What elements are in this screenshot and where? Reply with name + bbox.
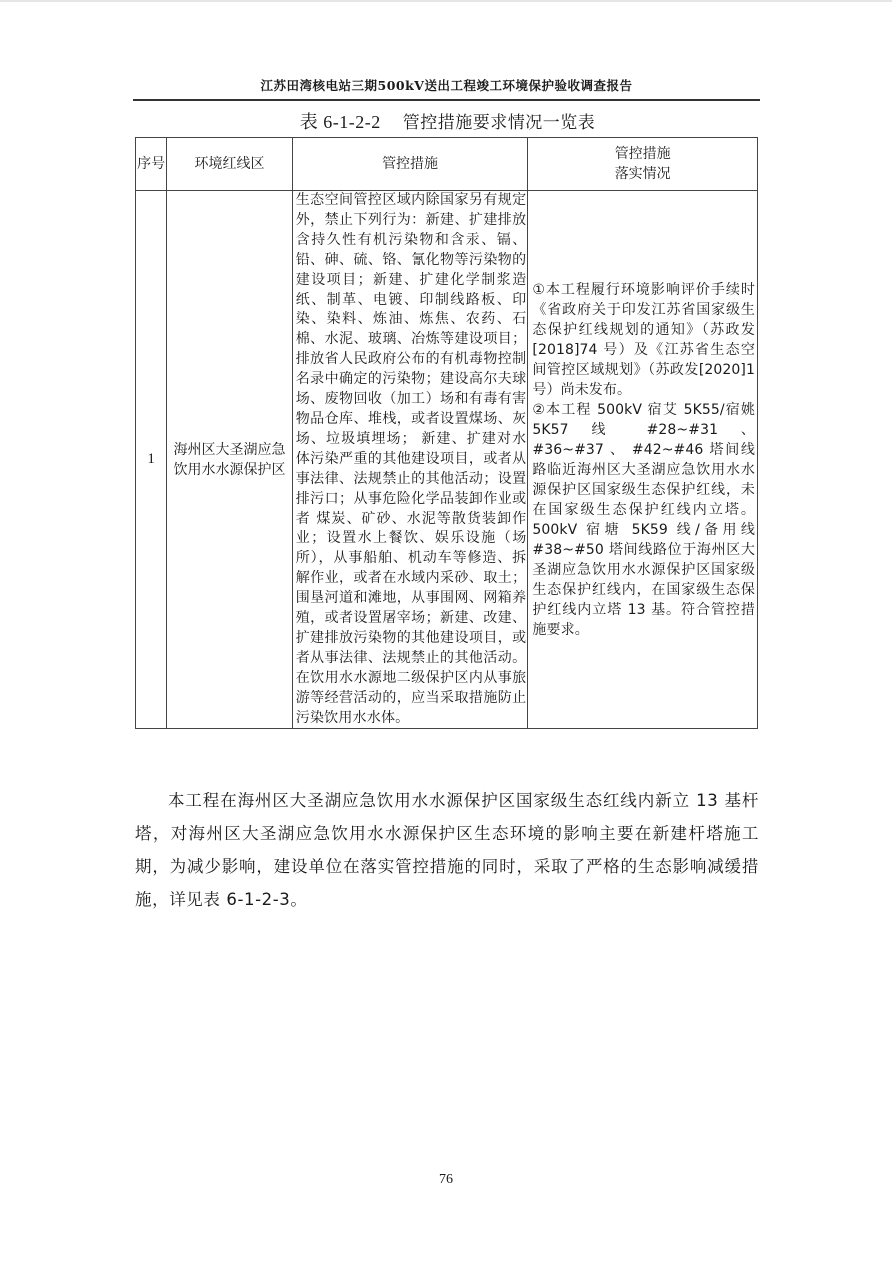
header-divider: [133, 99, 760, 101]
table-title: 管控措施要求情况一览表: [403, 113, 596, 133]
cell-zone: 海州区大圣湖应急饮用水水源保护区: [167, 191, 292, 729]
control-measures-table: 序号 环境红线区 管控措施 管控措施 落实情况 1 海州区大圣湖应急饮用水水源保…: [135, 137, 758, 729]
column-header-status: 管控措施 落实情况: [528, 138, 758, 191]
table-caption: 表 6-1-2-2管控措施要求情况一览表: [133, 108, 760, 134]
column-header-status-line2: 落实情况: [528, 164, 757, 184]
column-header-zone: 环境红线区: [167, 138, 292, 191]
running-header: 江苏田湾核电站三期500kV送出工程竣工环境保护验收调查报告: [133, 76, 760, 94]
table-header-row: 序号 环境红线区 管控措施 管控措施 落实情况: [136, 138, 758, 191]
status-item-2: ②本工程 500kV 宿艾 5K55/宿姚 5K57 线 #28~#31 、 #…: [532, 400, 755, 640]
redline-zone-name: 海州区大圣湖应急饮用水水源保护区: [167, 440, 291, 480]
control-measures-text: 生态空间管控区域内除国家另有规定外，禁止下列行为：新建、扩建排放含持久性有机污染…: [293, 191, 528, 728]
cell-no: 1: [136, 191, 167, 729]
row-number: 1: [136, 451, 166, 468]
implementation-status: ①本工程履行环境影响评价手续时《省政府关于印发江苏省国家级生态保护红线规划的通知…: [528, 280, 757, 640]
column-header-status-line1: 管控措施: [528, 144, 757, 164]
status-item-1: ①本工程履行环境影响评价手续时《省政府关于印发江苏省国家级生态保护红线规划的通知…: [532, 280, 755, 400]
page-number: 76: [0, 1172, 892, 1188]
column-header-no: 序号: [136, 138, 167, 191]
cell-measures: 生态空间管控区域内除国家另有规定外，禁止下列行为：新建、扩建排放含持久性有机污染…: [292, 191, 528, 729]
cell-status: ①本工程履行环境影响评价手续时《省政府关于印发江苏省国家级生态保护红线规划的通知…: [528, 191, 758, 729]
column-header-measures: 管控措施: [292, 138, 528, 191]
body-paragraph: 本工程在海州区大圣湖应急饮用水水源保护区国家级生态红线内新立 13 基杆塔，对海…: [135, 784, 759, 916]
table-number: 表 6-1-2-2: [300, 112, 381, 132]
page-top-edge: [0, 0, 892, 2]
table-row: 1 海州区大圣湖应急饮用水水源保护区 生态空间管控区域内除国家另有规定外，禁止下…: [136, 191, 758, 729]
